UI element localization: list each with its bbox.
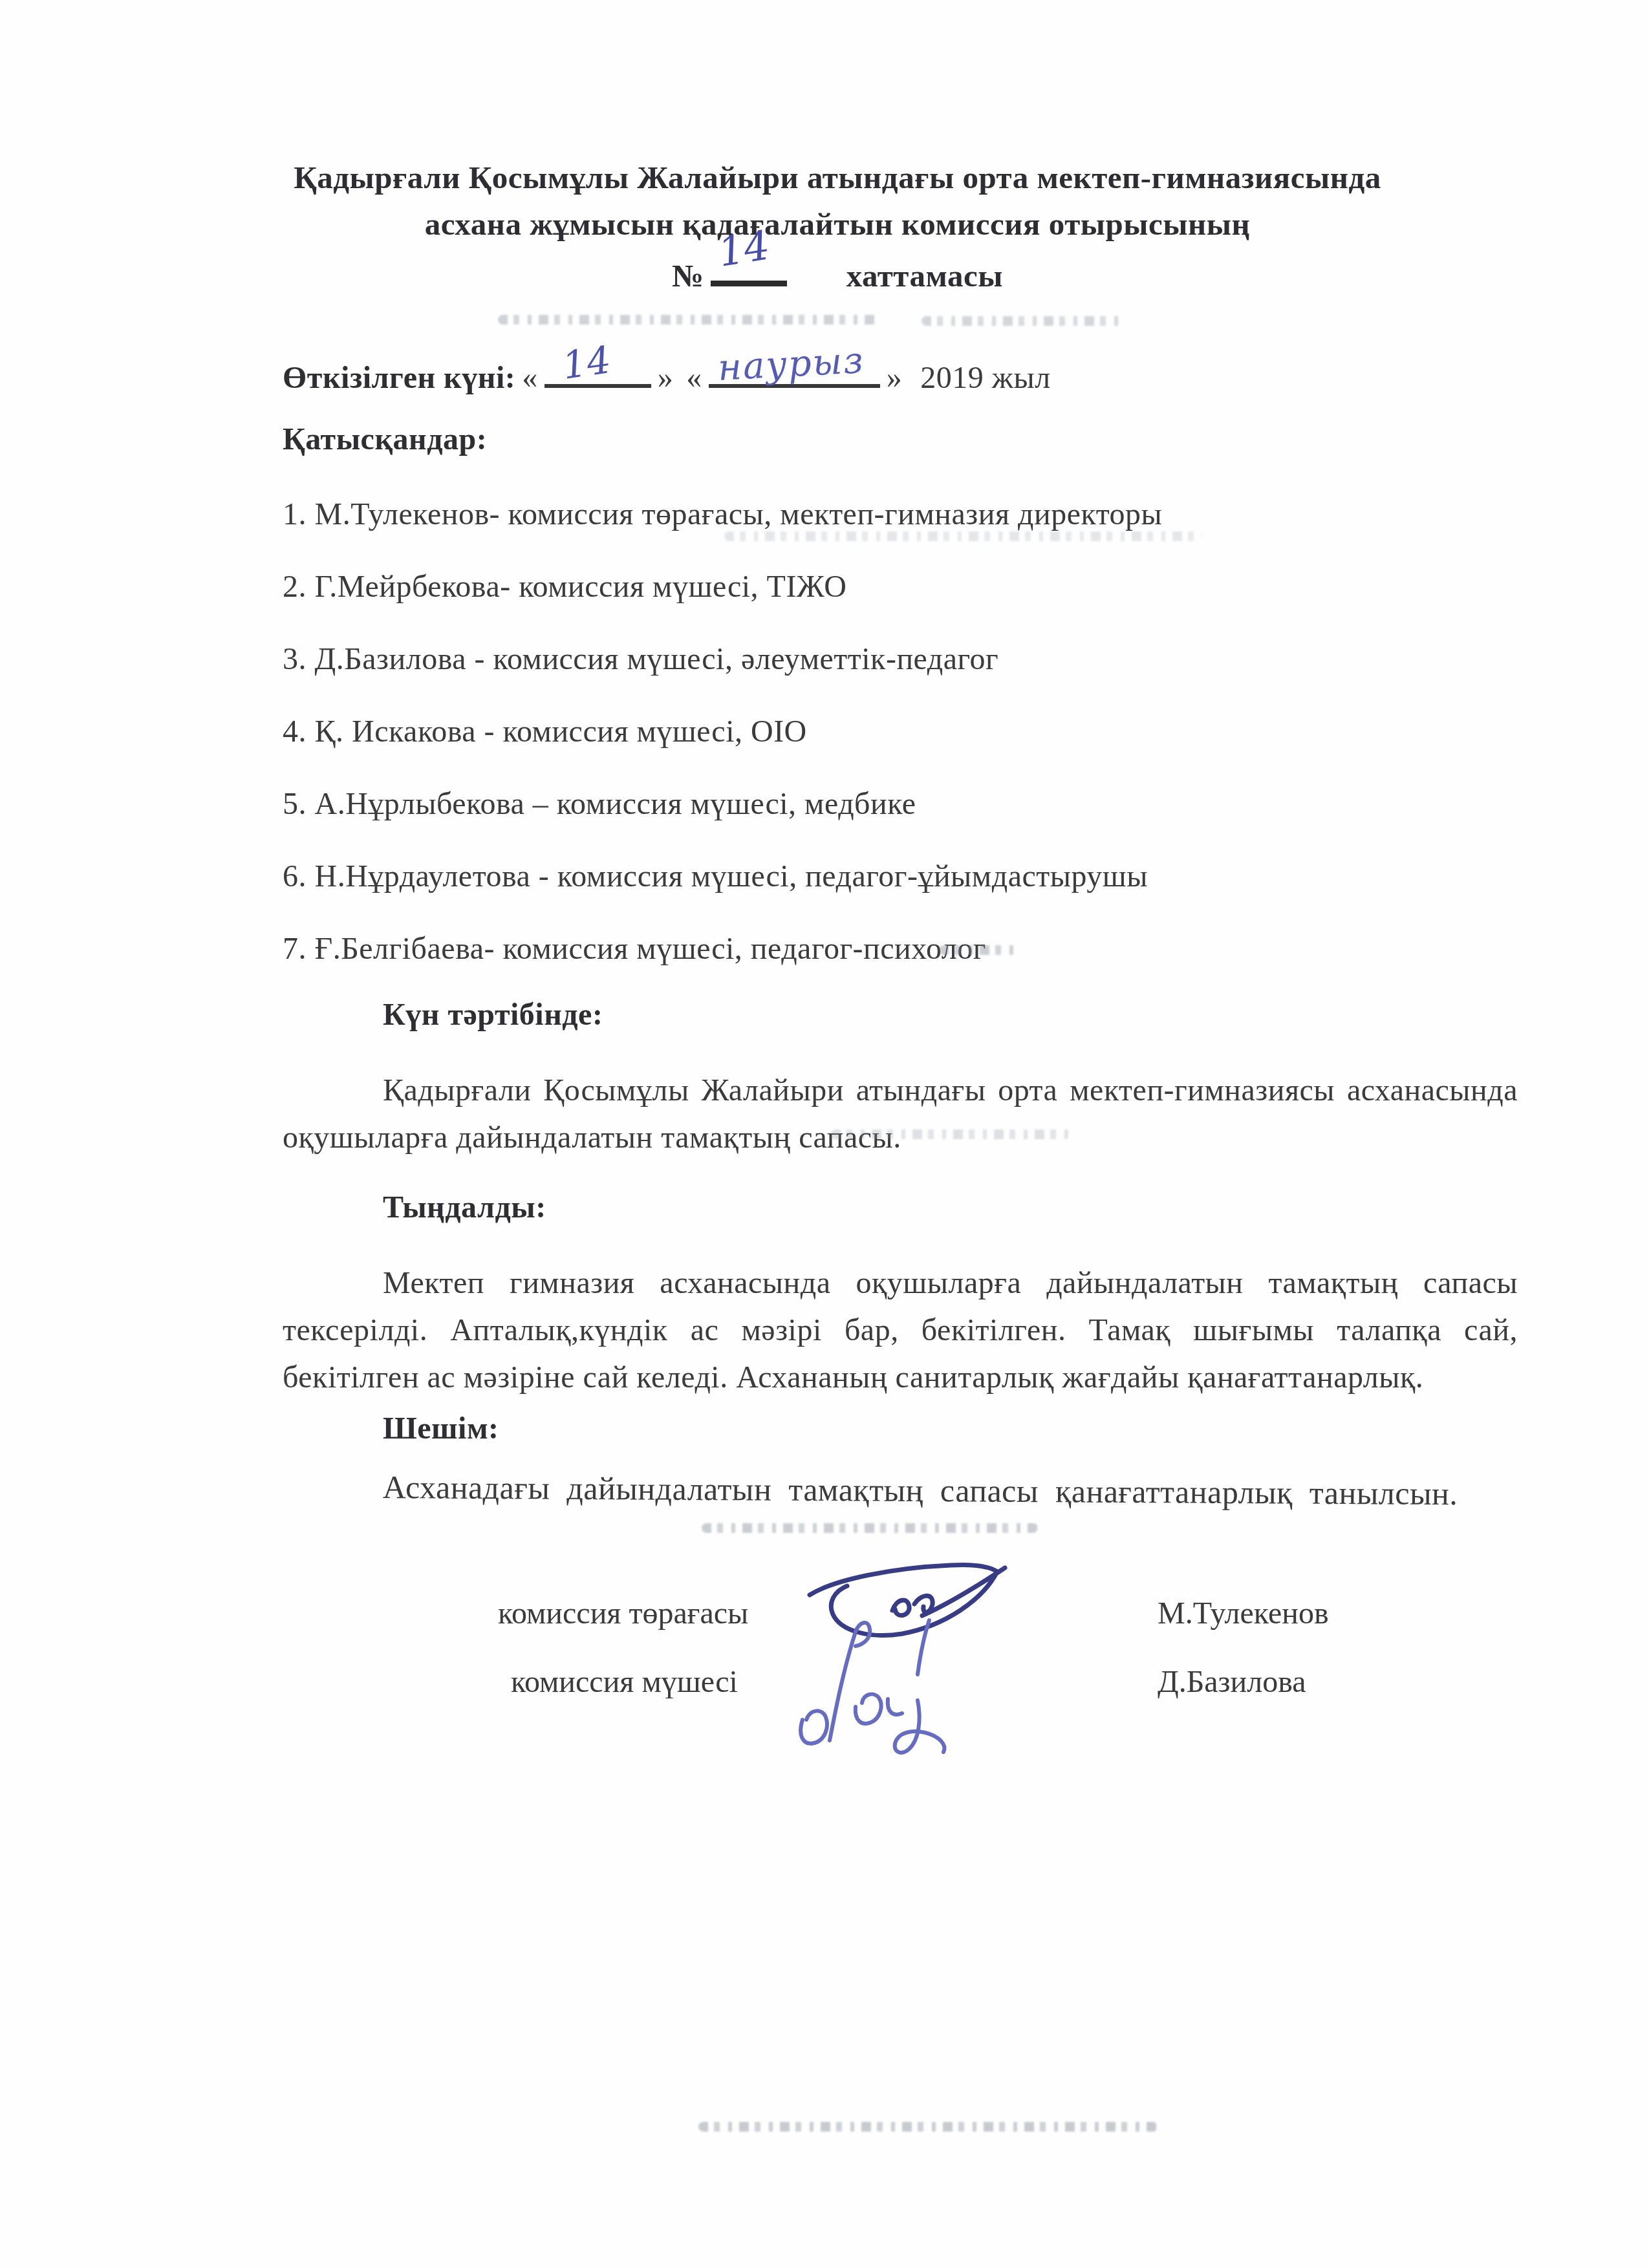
heard-paragraph: Мектеп гимназия асханасында оқушыларға д… — [283, 1259, 1518, 1401]
participant-item: 5. А.Нұрлыбекова – комиссия мүшесі, медб… — [283, 786, 916, 822]
open-quote: « — [686, 360, 702, 396]
scan-smudge-artifact — [921, 316, 1125, 326]
participant-item: 3. Д.Базилова - комиссия мүшесі, әлеумет… — [283, 641, 998, 677]
title-text-line1: Қадырғали Қосымұлы Жалайыри атындағы орт… — [294, 160, 1381, 195]
protocol-number-line: № 14 хаттамасы — [116, 251, 1558, 294]
scan-smudge-artifact — [702, 1523, 1038, 1533]
signature-role-member: комиссия мүшесі — [511, 1664, 738, 1700]
participant-item: 2. Г.Мейрбекова- комиссия мүшесі, ТІЖО — [283, 569, 846, 604]
title-text-line2: асхана жұмысын қадағалайтын комиссия оты… — [425, 206, 1251, 242]
signature-role-chairman: комиссия төрағасы — [498, 1596, 748, 1631]
agenda-paragraph: Қадырғали Қосымұлы Жалайыри атындағы орт… — [283, 1067, 1518, 1161]
scanned-protocol-document: Қадырғали Қосымұлы Жалайыри атындағы орт… — [0, 0, 1649, 2268]
participants-heading: Қатысқандар: — [283, 422, 487, 457]
month-blank-field: наурыз — [709, 350, 880, 388]
protocol-word: хаттамасы — [846, 257, 1003, 294]
signature-name-chairman: М.Тулекенов — [1158, 1596, 1329, 1631]
close-quote: » — [658, 360, 674, 396]
agenda-heading: Күн тәртібінде: — [383, 997, 603, 1032]
scan-smudge-artifact — [831, 1129, 1070, 1139]
year-text: 2019 жыл — [920, 360, 1050, 396]
open-quote: « — [522, 360, 538, 396]
participant-item: 7. Ғ.Белгібаева- комиссия мүшесі, педаго… — [283, 931, 986, 967]
decision-paragraph: Асханадағы дайындалатын тамақтың сапасы … — [383, 1469, 1458, 1513]
date-label: Өткізілген күні: — [283, 360, 515, 396]
close-quote: » — [887, 360, 903, 396]
scan-smudge-artifact — [724, 531, 1203, 541]
participant-item: 1. М.Тулекенов- комиссия төрағасы, мекте… — [283, 497, 1162, 532]
signature-name-member: Д.Базилова — [1158, 1664, 1306, 1700]
handwritten-month: наурыз — [717, 340, 865, 389]
handwritten-day: 14 — [559, 338, 613, 387]
signature-member-scribble — [779, 1603, 980, 1778]
participant-item: 4. Қ. Искакова - комиссия мүшесі, ОІО — [283, 714, 807, 749]
scan-smudge-artifact — [698, 2122, 1158, 2132]
document-title-line1: Қадырғали Қосымұлы Жалайыри атындағы орт… — [116, 159, 1558, 196]
protocol-number-sign: № — [672, 257, 704, 294]
date-line: Өткізілген күні: « 14 » « наурыз » 2019 … — [283, 350, 1051, 396]
protocol-number-blank: 14 — [711, 251, 787, 286]
day-blank-field: 14 — [544, 350, 651, 388]
document-title-line2: асхана жұмысын қадағалайтын комиссия оты… — [116, 206, 1558, 242]
heard-heading: Тыңдалды: — [383, 1190, 546, 1225]
handwritten-protocol-number: 14 — [715, 221, 772, 275]
scan-smudge-artifact — [498, 315, 879, 325]
scan-smudge-artifact — [939, 945, 1017, 955]
participant-item: 6. Н.Нұрдаулетова - комиссия мүшесі, пед… — [283, 859, 1148, 894]
decision-heading: Шешім: — [383, 1411, 499, 1446]
